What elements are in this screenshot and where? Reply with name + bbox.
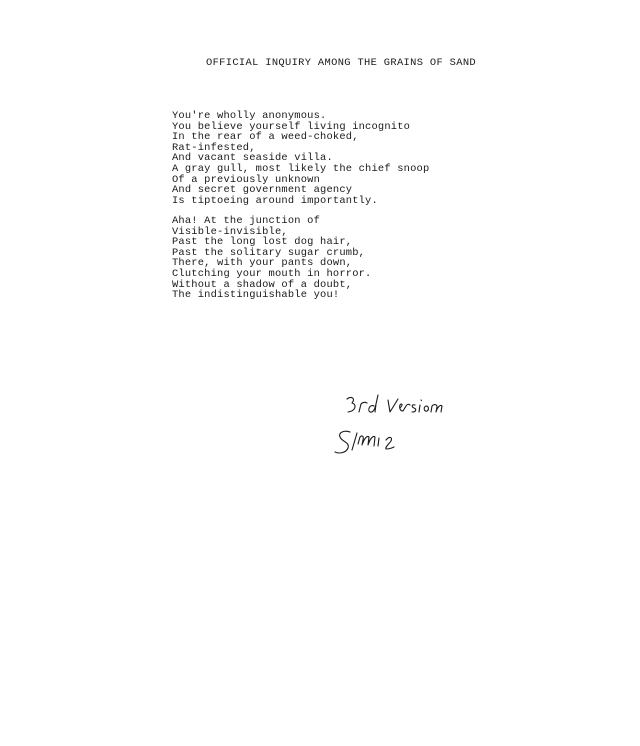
- handwritten-version: 3rd Version: [347, 395, 442, 412]
- poem-line: Aha! At the junction of: [172, 216, 372, 227]
- poem-line: Clutching your mouth in horror.: [172, 269, 372, 280]
- poem-line: The indistinguishable you!: [172, 290, 372, 301]
- handwritten-signature: Simic: [335, 431, 394, 453]
- poem-line: You're wholly anonymous.: [172, 111, 429, 122]
- poem-line: A gray gull, most likely the chief snoop: [172, 164, 429, 175]
- handwritten-note: 3rd Version Simic: [330, 390, 460, 470]
- document-page: OFFICIAL INQUIRY AMONG THE GRAINS OF SAN…: [0, 0, 640, 746]
- stanza-2: Aha! At the junction of Visible-invisibl…: [172, 216, 372, 301]
- stanza-1: You're wholly anonymous. You believe you…: [172, 111, 429, 206]
- poem-title: OFFICIAL INQUIRY AMONG THE GRAINS OF SAN…: [0, 57, 640, 69]
- poem-line: Is tiptoeing around importantly.: [172, 196, 429, 207]
